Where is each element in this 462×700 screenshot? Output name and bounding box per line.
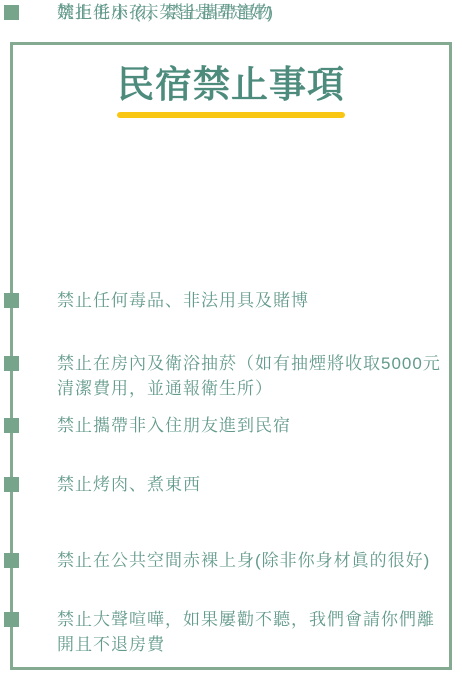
rule-text: 禁止在房內及衛浴抽菸（如有抽煙將收取5000元清潔費用，並通報衛生所） [57,351,442,401]
rule-item: 禁止併床 (床架皆是固定好) [0,0,462,25]
bullet-square-icon [4,356,19,371]
rule-text: 禁止大聲喧嘩，如果屢勸不聽，我們會請你們離開且不退房費 [57,607,442,657]
bullet-square-icon [4,553,19,568]
rule-item: 禁止在公共空間赤裸上身(除非你身材眞的很好) [0,548,462,573]
bullet-square-icon [4,5,19,20]
rule-item: 禁止任何毒品、非法用具及賭博 [0,288,462,313]
rule-text: 禁止攜帶非入住朋友進到民宿 [57,413,442,438]
rule-item: 禁止在房內及衛浴抽菸（如有抽煙將收取5000元清潔費用，並通報衛生所） [0,351,462,401]
rule-text: 禁止在公共空間赤裸上身(除非你身材眞的很好) [57,548,442,573]
rule-text: 禁止任何毒品、非法用具及賭博 [57,288,442,313]
title-underline [117,112,345,118]
rule-item: 禁止烤肉、煮東西 [0,472,462,497]
bullet-square-icon [4,612,19,627]
rule-text: 禁止併床 (床架皆是固定好) [57,0,442,25]
rule-text: 禁止烤肉、煮東西 [57,472,442,497]
bullet-square-icon [4,293,19,308]
rule-item: 禁止攜帶非入住朋友進到民宿 [0,413,462,438]
rule-item: 禁止大聲喧嘩，如果屢勸不聽，我們會請你們離開且不退房費 [0,607,462,657]
page-title: 民宿禁止事項 [0,62,462,108]
notice-poster: 民宿禁止事項 禁止任何毒品、非法用具及賭博 禁止在房內及衛浴抽菸（如有抽煙將收取… [0,0,462,700]
bullet-square-icon [4,477,19,492]
bullet-square-icon [4,418,19,433]
